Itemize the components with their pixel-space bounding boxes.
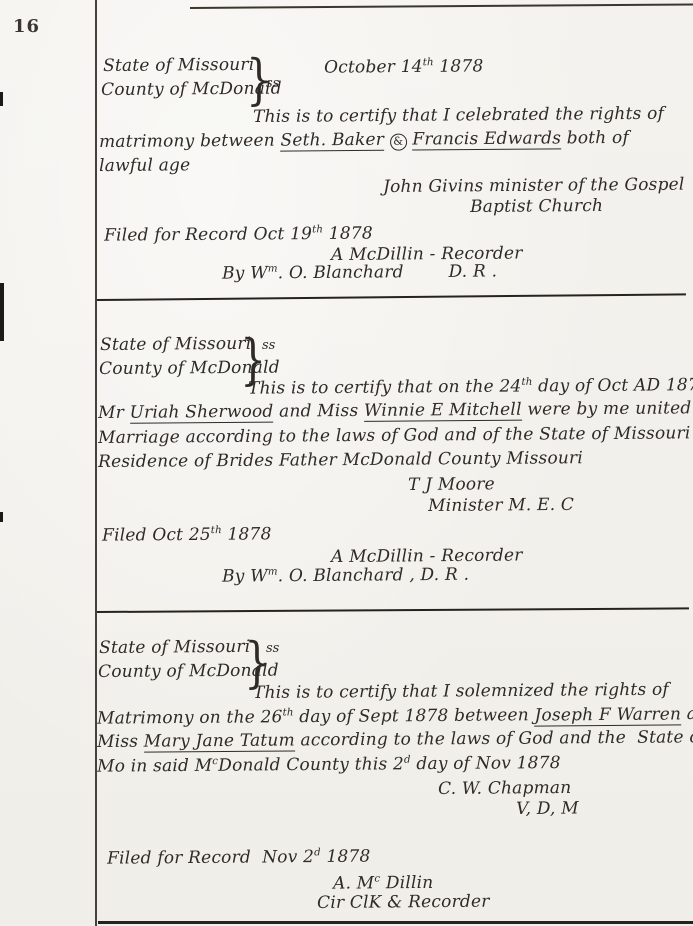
left-margin-rule <box>95 0 97 926</box>
recorder-signature-line: A. Mc Dillin <box>333 873 433 894</box>
minister-signature-line: C. W. Chapman <box>438 779 571 800</box>
record-divider-rule <box>97 293 686 301</box>
jurisdiction-state-line: State of Missouri <box>103 56 254 77</box>
certification-body-line: Residence of Brides Father McDonald Coun… <box>98 449 583 472</box>
recorder-name-part: A. M <box>333 873 374 893</box>
scilicet-abbreviation: ss <box>266 76 279 91</box>
certification-opening-line: This is to certify that on the 24th day … <box>248 375 693 399</box>
certification-opening-line: This is to certify that I solemnized the… <box>253 681 669 704</box>
minister-title-line: V, D, M <box>516 800 579 820</box>
recorder-title-line: Cir ClK & Recorder <box>317 893 490 914</box>
certification-body-line: Marriage according to the laws of God an… <box>98 424 693 449</box>
record-date: October 14th 1878 <box>324 57 484 78</box>
scilicet-abbreviation: ss <box>262 338 275 353</box>
minister-signature-line: John Givins minister of the Gospel <box>383 176 685 198</box>
scan-edge-artifact <box>0 512 3 522</box>
certification-body-line: Miss Mary Jane Tatum according to the la… <box>97 728 693 752</box>
bottom-edge-scan-line <box>98 921 693 924</box>
certification-body-line: Mo in said McDonald County this 2d day o… <box>97 753 561 777</box>
deputy-recorder-line: By Wm. O. Blanchard , D. R . <box>222 565 469 587</box>
record-divider-rule <box>97 607 689 613</box>
deputy-recorder-line: By Wm. O. Blanchard D. R . <box>222 262 497 284</box>
recorder-name-part: Dillin <box>380 873 433 893</box>
scan-edge-artifact <box>0 283 4 341</box>
certification-body-line: lawful age <box>99 156 190 176</box>
jurisdiction-state-line: State of Missouri <box>100 335 251 356</box>
minister-signature-line: T J Moore <box>408 475 495 495</box>
minister-title-line: Minister M. E. C <box>428 496 574 517</box>
filed-date-line: Filed for Record Oct 19th 1878 <box>104 224 373 246</box>
page-number: 16 <box>13 16 40 37</box>
jurisdiction-state-line: State of Missouri <box>99 638 250 659</box>
certification-body-line: Mr Uriah Sherwood and Miss Winnie E Mitc… <box>98 399 693 423</box>
scanned-marriage-record-page: 16 State of Missouri County of McDonald … <box>0 0 693 926</box>
certification-opening-line: This is to certify that I celebrated the… <box>253 105 664 128</box>
filed-date-line: Filed Oct 25th 1878 <box>102 525 272 547</box>
scan-edge-artifact <box>0 92 3 106</box>
certification-body-line: Matrimony on the 26th day of Sept 1878 b… <box>97 704 693 729</box>
top-edge-scan-line <box>190 3 693 9</box>
minister-church-line: Baptist Church <box>470 197 603 218</box>
certification-body-line: matrimony between Seth. Baker & Francis … <box>99 129 629 153</box>
filed-date-line: Filed for Record Nov 2d 1878 <box>107 847 371 869</box>
scilicet-abbreviation: ss <box>266 641 279 656</box>
